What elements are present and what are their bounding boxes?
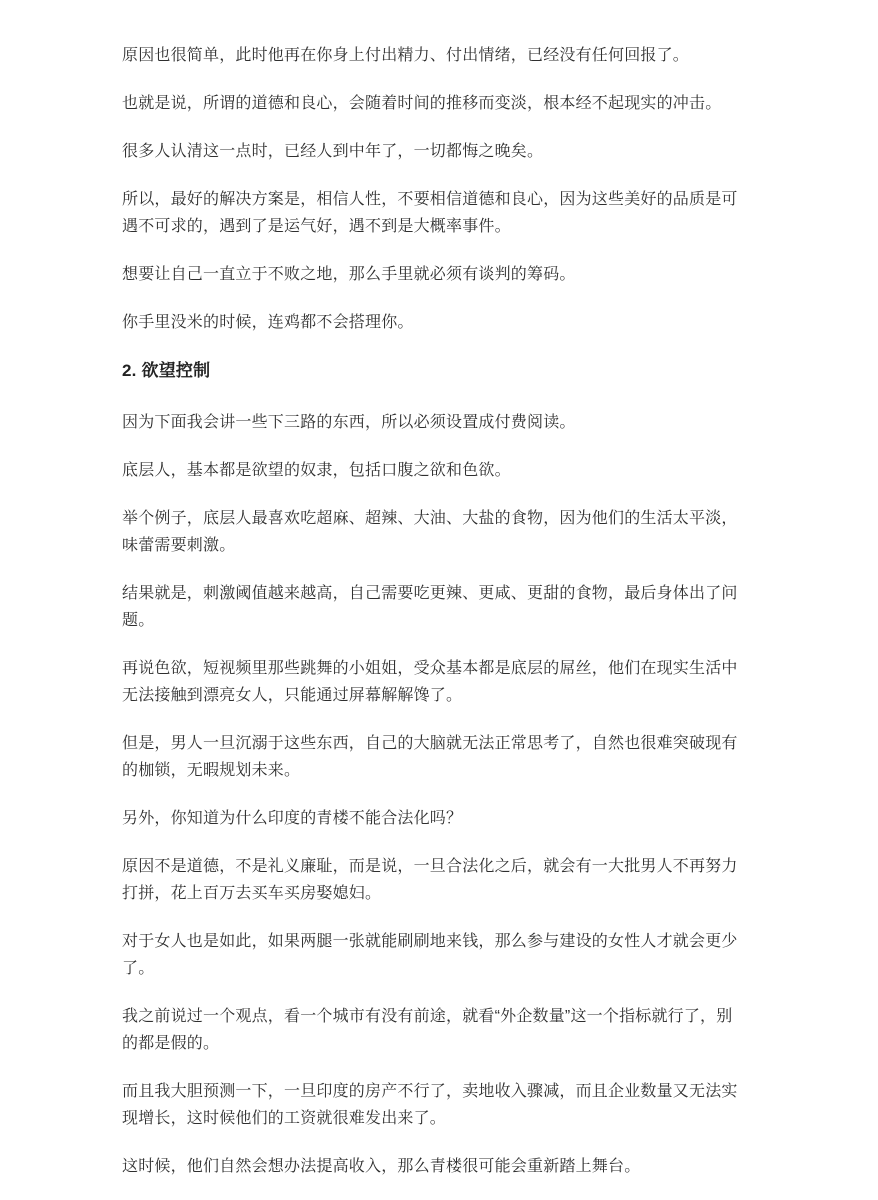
paragraph: 这时候，他们自然会想办法提高收入，那么青楼很可能会重新踏上舞台。	[122, 1153, 742, 1180]
paragraph: 再说色欲，短视频里那些跳舞的小姐姐，受众基本都是底层的屌丝，他们在现实生活中无法…	[122, 655, 742, 709]
paragraph: 举个例子，底层人最喜欢吃超麻、超辣、大油、大盐的食物，因为他们的生活太平淡，味蕾…	[122, 505, 742, 559]
paragraph: 对于女人也是如此，如果两腿一张就能刷刷地来钱，那么参与建设的女性人才就会更少了。	[122, 928, 742, 982]
paragraph: 因为下面我会讲一些下三路的东西，所以必须设置成付费阅读。	[122, 409, 742, 436]
paragraph: 我之前说过一个观点，看一个城市有没有前途，就看“外企数量”这一个指标就行了，别的…	[122, 1003, 742, 1057]
paragraph: 原因不是道德，不是礼义廉耻，而是说，一旦合法化之后，就会有一大批男人不再努力打拼…	[122, 853, 742, 907]
paragraph: 很多人认清这一点时，已经人到中年了，一切都悔之晚矣。	[122, 138, 742, 165]
section-heading-desire-control: 2. 欲望控制	[122, 357, 742, 384]
paragraph: 但是，男人一旦沉溺于这些东西，自己的大脑就无法正常思考了，自然也很难突破现有的枷…	[122, 730, 742, 784]
paragraph: 底层人，基本都是欲望的奴隶，包括口腹之欲和色欲。	[122, 457, 742, 484]
paragraph: 想要让自己一直立于不败之地，那么手里就必须有谈判的筹码。	[122, 261, 742, 288]
paragraph: 另外，你知道为什么印度的青楼不能合法化吗？	[122, 805, 742, 832]
article-body: 原因也很简单，此时他再在你身上付出精力、付出情绪，已经没有任何回报了。 也就是说…	[0, 0, 878, 1180]
paragraph: 而且我大胆预测一下，一旦印度的房产不行了，卖地收入骤减，而且企业数量又无法实现增…	[122, 1078, 742, 1132]
paragraph: 所以，最好的解决方案是，相信人性，不要相信道德和良心，因为这些美好的品质是可遇不…	[122, 186, 742, 240]
paragraph: 也就是说，所谓的道德和良心，会随着时间的推移而变淡，根本经不起现实的冲击。	[122, 90, 742, 117]
paragraph: 原因也很简单，此时他再在你身上付出精力、付出情绪，已经没有任何回报了。	[122, 42, 742, 69]
paragraph: 结果就是，刺激阈值越来越高，自己需要吃更辣、更咸、更甜的食物，最后身体出了问题。	[122, 580, 742, 634]
paragraph: 你手里没米的时候，连鸡都不会搭理你。	[122, 309, 742, 336]
